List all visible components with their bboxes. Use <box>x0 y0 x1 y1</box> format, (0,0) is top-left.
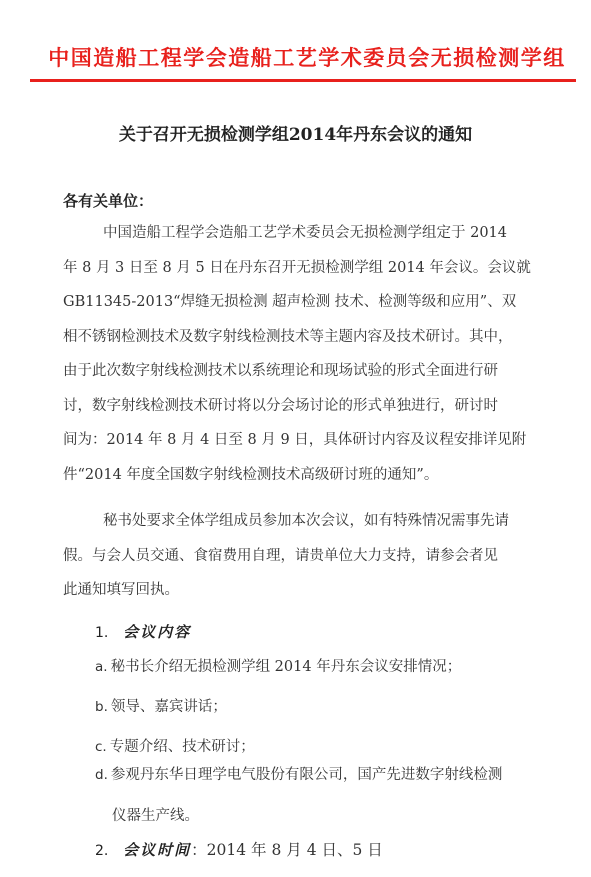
list-item-letter: a. <box>95 659 108 675</box>
meeting-time-value: 2014 年 8 月 4 日、5 日 <box>207 841 383 859</box>
section-title: 会议时间 <box>123 841 191 859</box>
section-number: 1. <box>95 625 108 641</box>
list-item: c.专题介绍、技术研讨； <box>95 737 255 757</box>
list-item-text: 参观丹东华日理学电气股份有限公司，国产先进数字射线检测 <box>111 767 503 783</box>
list-item-letter: c. <box>95 739 107 755</box>
paragraph-line: 中国造船工程学会造船工艺学术委员会无损检测学组定于 2014 <box>63 216 543 251</box>
letterhead-organization-name: 中国造船工程学会造船工艺学术委员会无损检测学组 <box>33 42 581 72</box>
paragraph-line: 相不锈钢检测技术及数字射线检测技术等主题内容及技术研讨。其中， <box>63 320 543 355</box>
list-item-text: 专题介绍、技术研讨； <box>110 739 255 755</box>
paragraph-line: 由于此次数字射线检测技术以系统理论和现场试验的形式全面进行研 <box>63 354 543 389</box>
paragraph-line: 此通知填写回执。 <box>63 573 543 608</box>
paragraph-line: 年 8 月 3 日至 8 月 5 日在丹东召开无损检测学组 2014 年会议。会… <box>63 251 543 286</box>
paragraph-line: 间为：2014 年 8 月 4 日至 8 月 9 日，具体研讨内容及议程安排详见… <box>63 423 543 458</box>
document-title: 关于召开无损检测学组2014年丹东会议的通知 <box>0 120 591 145</box>
list-item: b.领导、嘉宾讲话； <box>95 697 227 717</box>
section-heading-meeting-time: 2. 会议时间：2014 年 8 月 4 日、5 日 <box>95 838 383 860</box>
section-separator: ： <box>191 841 207 859</box>
list-item-letter: d. <box>95 767 108 783</box>
salutation: 各有关单位： <box>63 190 153 211</box>
section-number: 2. <box>95 843 108 859</box>
list-item-text: 秘书长介绍无损检测学组 2014 年丹东会议安排情况； <box>111 659 462 675</box>
paragraph-line: GB11345-2013“焊缝无损检测 超声检测 技术、检测等级和应用”、双 <box>63 285 543 320</box>
list-item-continuation: 仪器生产线。 <box>112 806 199 826</box>
paragraph-meeting-details: 中国造船工程学会造船工艺学术委员会无损检测学组定于 2014 年 8 月 3 日… <box>63 216 543 492</box>
list-item-text: 领导、嘉宾讲话； <box>111 699 227 715</box>
list-item: d.参观丹东华日理学电气股份有限公司，国产先进数字射线检测 <box>95 765 502 785</box>
paragraph-line: 讨，数字射线检测技术研讨将以分会场讨论的形式单独进行，研讨时 <box>63 389 543 424</box>
letterhead-divider <box>30 79 576 82</box>
section-title: 会议内容 <box>123 623 191 641</box>
paragraph-line: 件“2014 年度全国数字射线检测技术高级研讨班的通知”。 <box>63 458 543 493</box>
paragraph-line: 秘书处要求全体学组成员参加本次会议，如有特殊情况需事先请 <box>63 504 543 539</box>
paragraph-attendance-request: 秘书处要求全体学组成员参加本次会议，如有特殊情况需事先请 假。与会人员交通、食宿… <box>63 504 543 608</box>
list-item-letter: b. <box>95 699 108 715</box>
paragraph-line: 假。与会人员交通、食宿费用自理，请贵单位大力支持，请参会者见 <box>63 539 543 574</box>
list-item: a.秘书长介绍无损检测学组 2014 年丹东会议安排情况； <box>95 657 461 677</box>
section-heading-meeting-content: 1. 会议内容 <box>95 621 191 642</box>
